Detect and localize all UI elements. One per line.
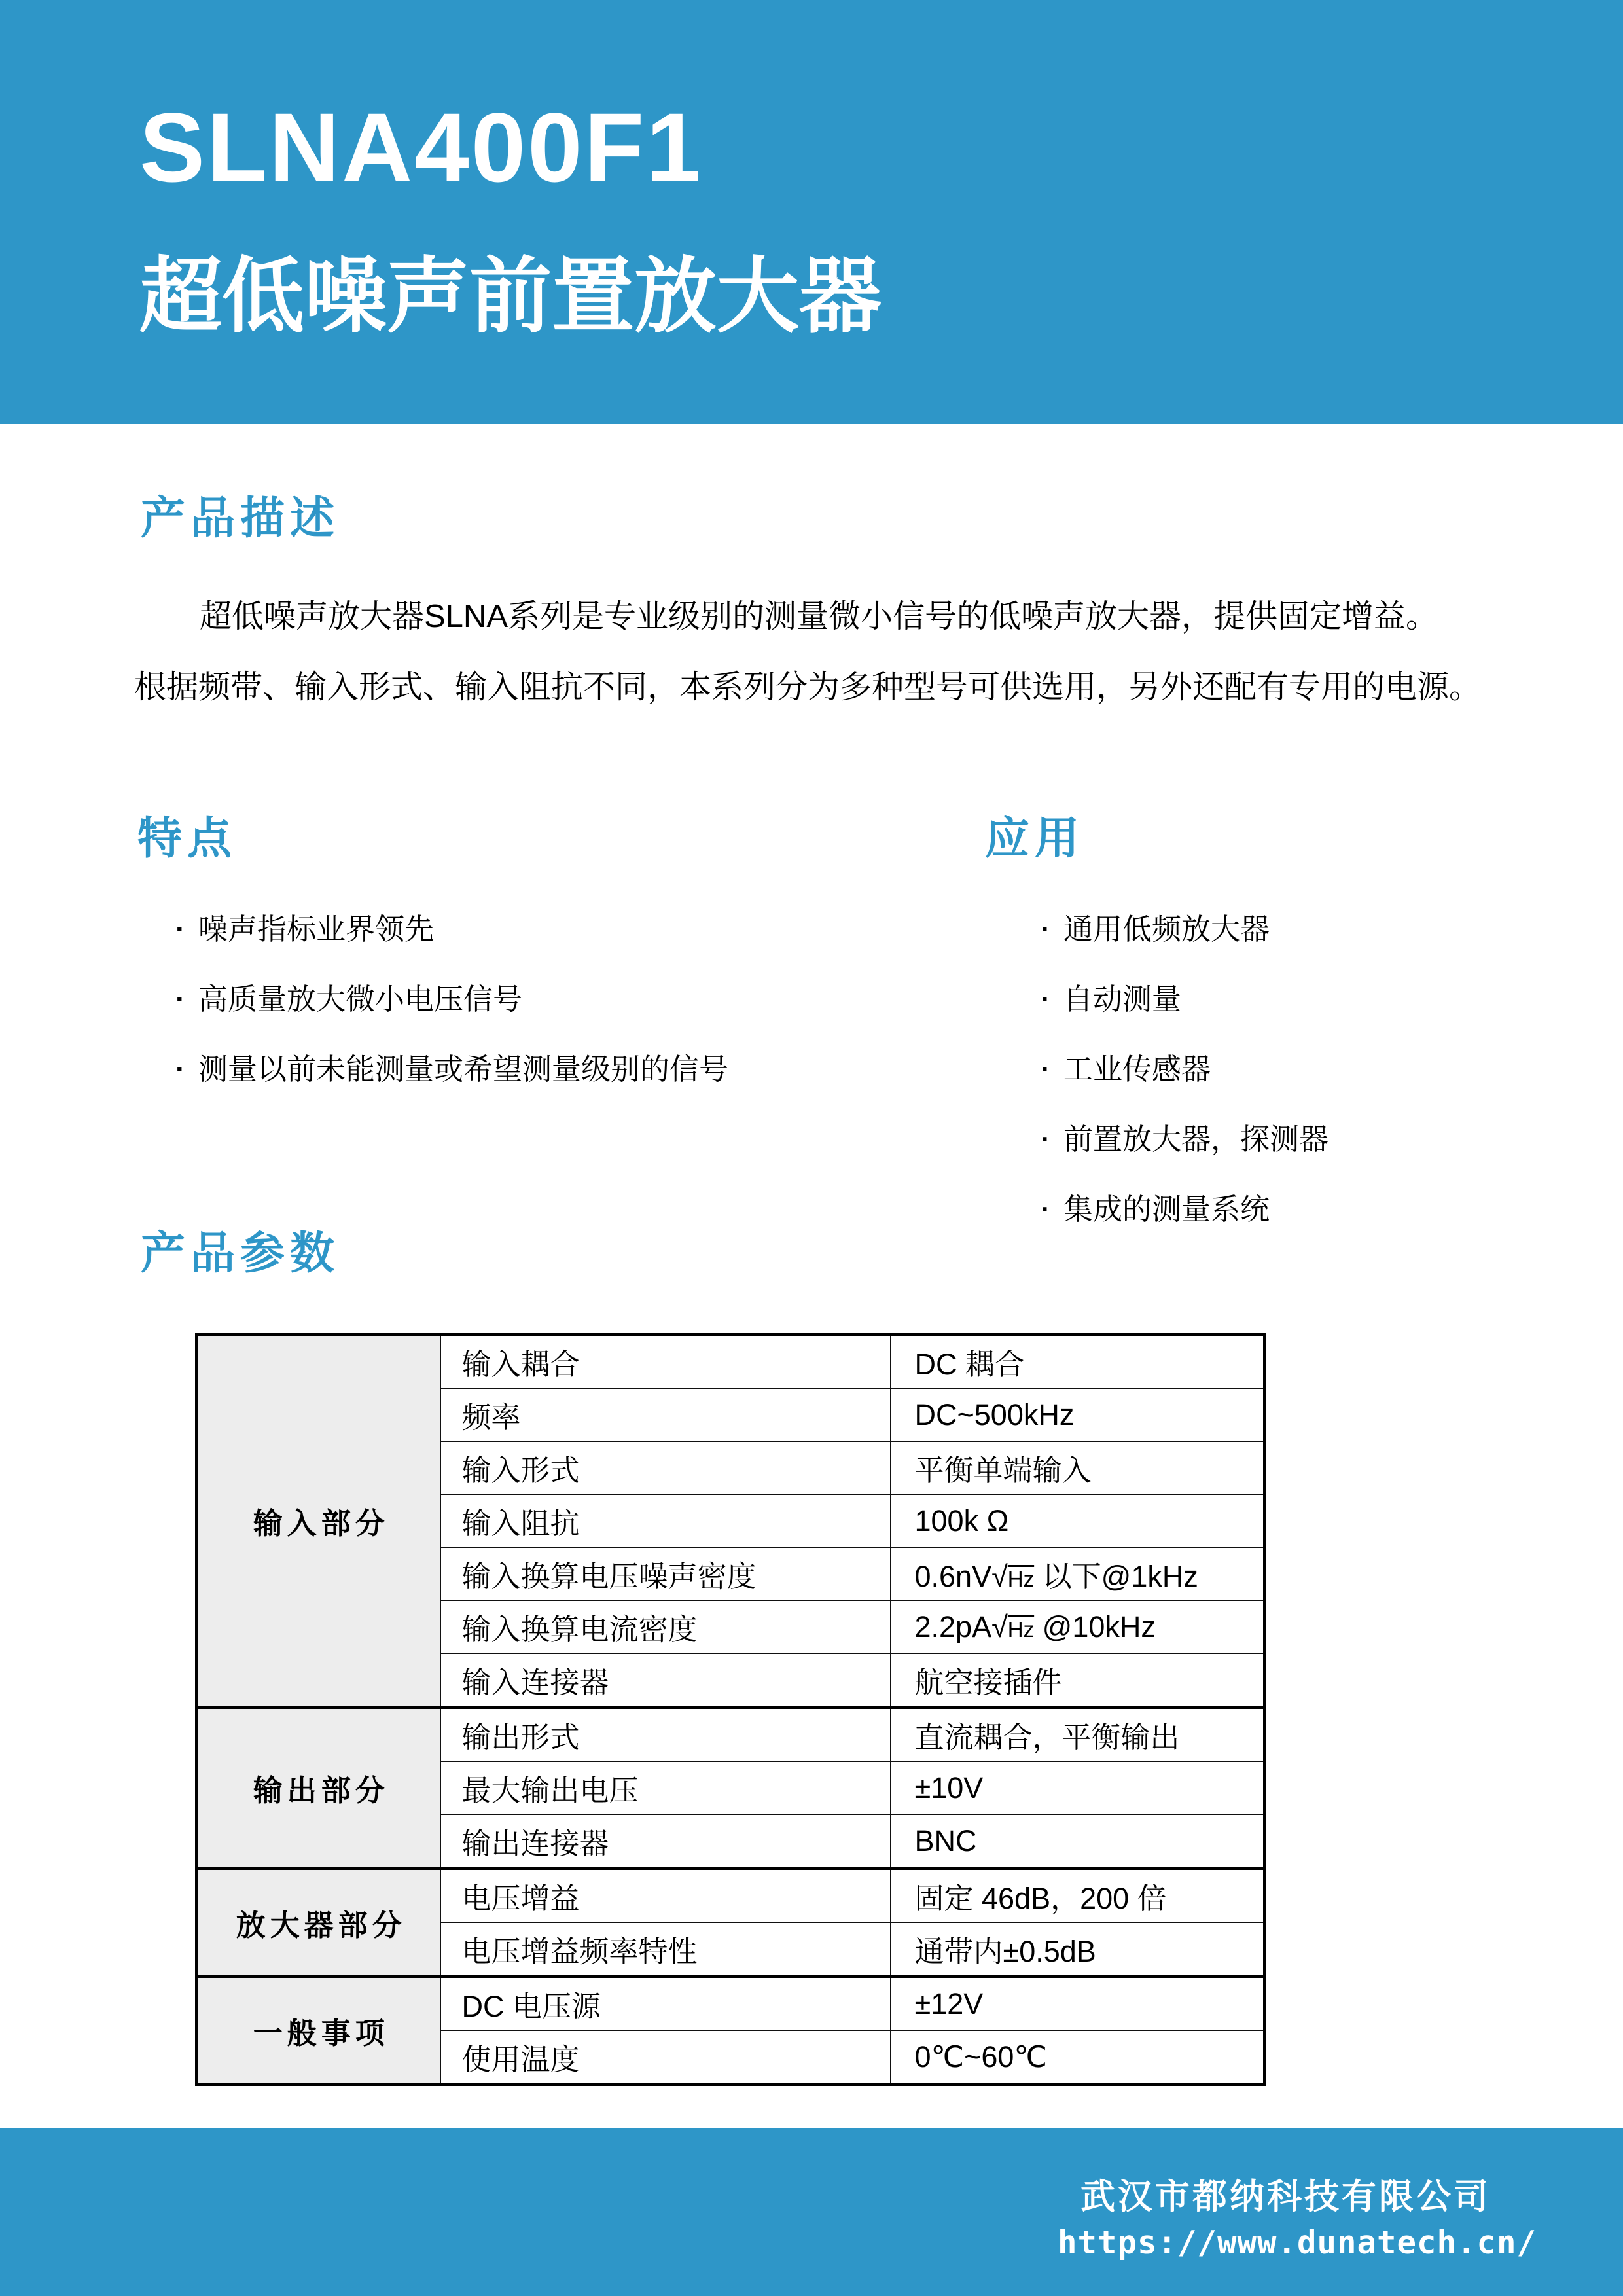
- feature-item: · 噪声指标业界领先: [175, 911, 728, 981]
- value-text: 0.6nV√: [915, 1560, 1008, 1593]
- application-item-label: 工业传感器: [1063, 1051, 1211, 1088]
- table-row: 放大器部分 电压增益 固定 46dB，200 倍: [197, 1869, 1265, 1923]
- bullet-dot-icon: ·: [1041, 1191, 1050, 1228]
- application-item-label: 通用低频放大器: [1063, 911, 1270, 948]
- value-text: 通带内±0.5dB: [915, 1935, 1096, 1968]
- param-cell: DC 电压源: [440, 1977, 891, 2031]
- value-text: 100k Ω: [915, 1504, 1009, 1537]
- footer-band: 武汉市都纳科技有限公司 https://www.dunatech.cn/: [0, 2128, 1623, 2296]
- application-item-label: 集成的测量系统: [1063, 1191, 1270, 1228]
- value-cell: 100k Ω: [891, 1494, 1265, 1547]
- value-cell: ±12V: [891, 1977, 1265, 2031]
- description-line-2: 根据频带、输入形式、输入阻抗不同，本系列分为多种型号可供选用，另外还配有专用的电…: [134, 652, 1481, 723]
- param-cell: 输入阻抗: [440, 1494, 891, 1547]
- value-text: BNC: [915, 1824, 977, 1857]
- feature-item-label: 高质量放大微小电压信号: [198, 981, 522, 1018]
- parameters-table: 输入部分 输入耦合 DC 耦合 频率 DC~500kHz 输入形式 平衡单端输入…: [195, 1333, 1266, 2086]
- header-band: SLNA400F1 超低噪声前置放大器: [0, 0, 1623, 424]
- website-url: https://www.dunatech.cn/: [1058, 2224, 1537, 2261]
- value-text: ±10V: [915, 1771, 984, 1804]
- value-text: 以下@1kHz: [1034, 1560, 1198, 1593]
- feature-item-label: 测量以前未能测量或希望测量级别的信号: [198, 1051, 728, 1088]
- value-cell: BNC: [891, 1814, 1265, 1869]
- param-cell: 使用温度: [440, 2030, 891, 2085]
- application-item: · 自动测量: [1041, 981, 1329, 1051]
- value-text: DC 耦合: [915, 1348, 1025, 1381]
- param-cell: 输出连接器: [440, 1814, 891, 1869]
- bullet-dot-icon: ·: [1041, 1051, 1050, 1088]
- description-line-1: 超低噪声放大器SLNA系列是专业级别的测量微小信号的低噪声放大器，提供固定增益。: [134, 581, 1481, 652]
- bullet-dot-icon: ·: [1041, 911, 1050, 948]
- group-cell-amplifier: 放大器部分: [197, 1869, 440, 1977]
- bullet-dot-icon: ·: [1041, 1121, 1050, 1158]
- bullet-dot-icon: ·: [175, 911, 185, 948]
- applications-list: · 通用低频放大器 · 自动测量 · 工业传感器 · 前置放大器，探测器 · 集…: [1041, 911, 1329, 1261]
- param-cell: 输出形式: [440, 1708, 891, 1762]
- section-heading-features: 特点: [137, 814, 237, 863]
- value-text: 航空接插件: [915, 1666, 1062, 1699]
- param-cell: 输入连接器: [440, 1653, 891, 1708]
- param-cell: 输入换算电流密度: [440, 1600, 891, 1653]
- application-item-label: 前置放大器，探测器: [1063, 1121, 1329, 1158]
- value-cell: 通带内±0.5dB: [891, 1922, 1265, 1977]
- value-cell: DC 耦合: [891, 1335, 1265, 1389]
- value-cell: 固定 46dB，200 倍: [891, 1869, 1265, 1923]
- value-text: ±12V: [915, 1987, 984, 2020]
- group-cell-input: 输入部分: [197, 1335, 440, 1708]
- bullet-dot-icon: ·: [175, 981, 185, 1018]
- value-text: 平衡单端输入: [915, 1454, 1092, 1487]
- company-name: 武汉市都纳科技有限公司: [1080, 2169, 1491, 2219]
- application-item: · 工业传感器: [1041, 1051, 1329, 1121]
- param-cell: 输入形式: [440, 1441, 891, 1494]
- param-cell: 最大输出电压: [440, 1761, 891, 1814]
- description-paragraph: 超低噪声放大器SLNA系列是专业级别的测量微小信号的低噪声放大器，提供固定增益。…: [134, 581, 1481, 723]
- features-list: · 噪声指标业界领先 · 高质量放大微小电压信号 · 测量以前未能测量或希望测量…: [175, 911, 728, 1121]
- datasheet-page: SLNA400F1 超低噪声前置放大器 产品描述 超低噪声放大器SLNA系列是专…: [0, 0, 1623, 2296]
- value-cell: DC~500kHz: [891, 1388, 1265, 1441]
- value-text: 固定 46dB，200 倍: [915, 1882, 1167, 1915]
- value-text: DC~500kHz: [915, 1398, 1075, 1431]
- table-row: 一般事项 DC 电压源 ±12V: [197, 1977, 1265, 2031]
- product-model-title: SLNA400F1: [139, 98, 703, 196]
- value-cell: 平衡单端输入: [891, 1441, 1265, 1494]
- value-cell: 航空接插件: [891, 1653, 1265, 1708]
- param-cell: 输入耦合: [440, 1335, 891, 1389]
- bullet-dot-icon: ·: [175, 1051, 185, 1088]
- section-heading-description: 产品描述: [141, 494, 340, 543]
- application-item-label: 自动测量: [1063, 981, 1181, 1018]
- value-text: 直流耦合，平衡输出: [915, 1721, 1180, 1754]
- value-cell: 2.2pA√Hz @10kHz: [891, 1600, 1265, 1653]
- feature-item: · 高质量放大微小电压信号: [175, 981, 728, 1051]
- value-text: 0℃~60℃: [915, 2040, 1047, 2073]
- feature-item-label: 噪声指标业界领先: [198, 911, 434, 948]
- value-text: 2.2pA√: [915, 1610, 1008, 1643]
- sqrt-hz-radicand: Hz: [1008, 1617, 1034, 1641]
- value-cell: ±10V: [891, 1761, 1265, 1814]
- sqrt-hz-radicand: Hz: [1008, 1567, 1034, 1591]
- group-cell-general: 一般事项: [197, 1977, 440, 2085]
- section-heading-parameters: 产品参数: [141, 1229, 340, 1278]
- table-row: 输出部分 输出形式 直流耦合，平衡输出: [197, 1708, 1265, 1762]
- value-text: @10kHz: [1034, 1610, 1156, 1643]
- application-item: · 通用低频放大器: [1041, 911, 1329, 981]
- value-cell: 0℃~60℃: [891, 2030, 1265, 2085]
- group-cell-output: 输出部分: [197, 1708, 440, 1869]
- application-item: · 集成的测量系统: [1041, 1191, 1329, 1261]
- param-cell: 电压增益频率特性: [440, 1922, 891, 1977]
- value-cell: 0.6nV√Hz 以下@1kHz: [891, 1547, 1265, 1600]
- section-heading-applications: 应用: [985, 814, 1084, 863]
- param-cell: 频率: [440, 1388, 891, 1441]
- product-name-title: 超低噪声前置放大器: [139, 255, 882, 338]
- feature-item: · 测量以前未能测量或希望测量级别的信号: [175, 1051, 728, 1121]
- param-cell: 输入换算电压噪声密度: [440, 1547, 891, 1600]
- bullet-dot-icon: ·: [1041, 981, 1050, 1018]
- table-row: 输入部分 输入耦合 DC 耦合: [197, 1335, 1265, 1389]
- param-cell: 电压增益: [440, 1869, 891, 1923]
- value-cell: 直流耦合，平衡输出: [891, 1708, 1265, 1762]
- application-item: · 前置放大器，探测器: [1041, 1121, 1329, 1191]
